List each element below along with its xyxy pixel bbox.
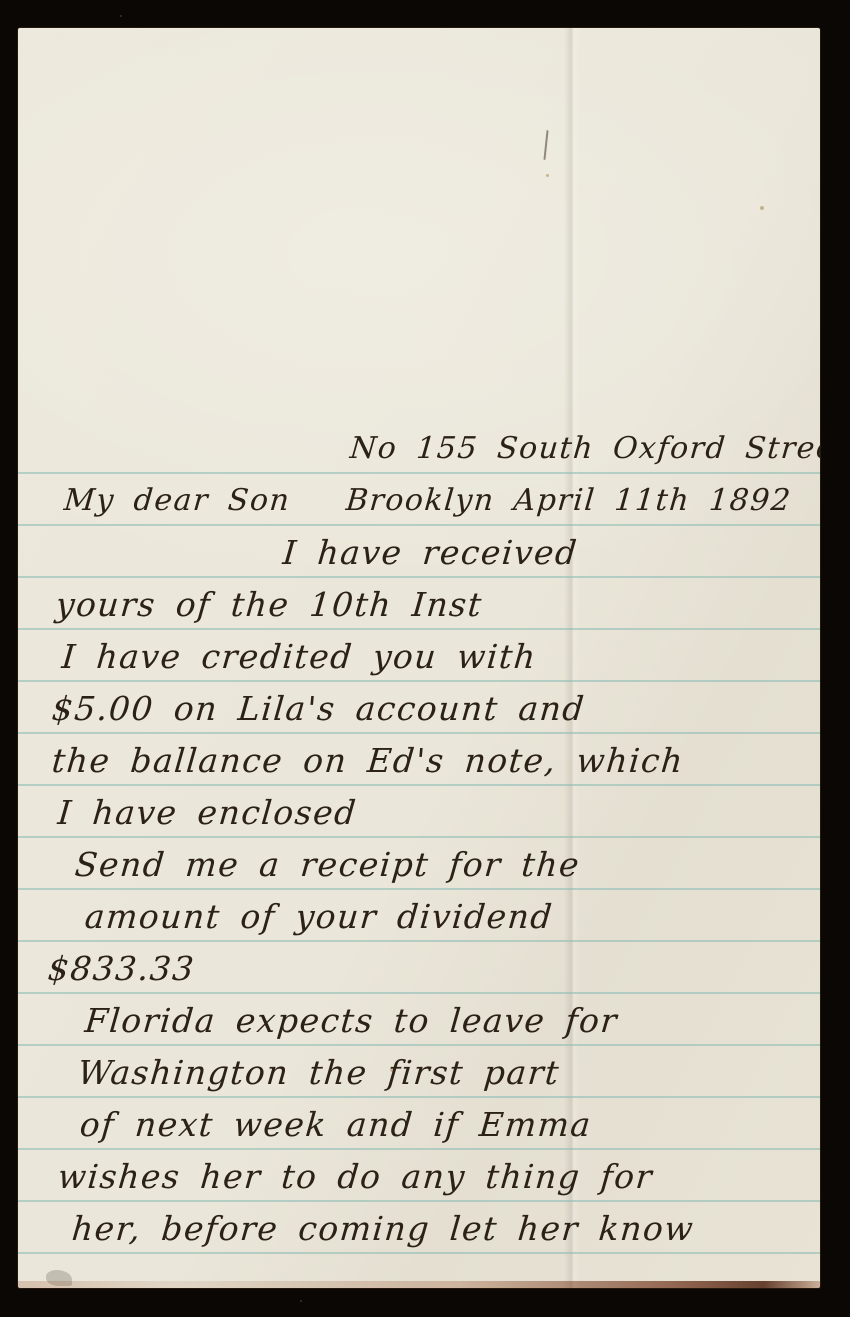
body-line-5: the ballance on Ed's note, which: [50, 738, 686, 784]
pen-mark: [543, 130, 548, 160]
body-line-13: wishes her to do any thing for: [56, 1154, 655, 1200]
paper-speck: [546, 174, 549, 177]
dust-speck: [120, 15, 122, 17]
address-line: No 155 South Oxford Street: [348, 426, 820, 472]
body-line-14: her, before coming let her know: [70, 1206, 696, 1252]
paper-speck: [760, 206, 764, 210]
body-line-2: yours of the 10th Inst: [54, 582, 485, 628]
body-line-6: I have enclosed: [56, 790, 359, 836]
body-line-9: $833.33: [46, 946, 197, 992]
body-line-3: I have credited you with: [60, 634, 539, 680]
photo-background: No 155 South Oxford Street My dear Son B…: [0, 0, 850, 1317]
letter-paper: No 155 South Oxford Street My dear Son B…: [18, 28, 820, 1288]
body-line-8: amount of your dividend: [83, 894, 555, 940]
body-line-4: $5.00 on Lila's account and: [50, 686, 587, 732]
body-line-10: Florida expects to leave for: [83, 998, 620, 1044]
dust-speck: [300, 1300, 302, 1302]
date-line: Brooklyn April 11th 1892: [344, 478, 793, 524]
salutation-line: My dear Son: [62, 478, 292, 524]
body-line-7: Send me a receipt for the: [73, 842, 582, 888]
bottom-edge-stains: [18, 1281, 820, 1288]
body-line-1: I have received: [281, 530, 580, 576]
body-line-11: Washington the first part: [76, 1050, 562, 1096]
body-line-12: of next week and if Emma: [78, 1102, 594, 1148]
